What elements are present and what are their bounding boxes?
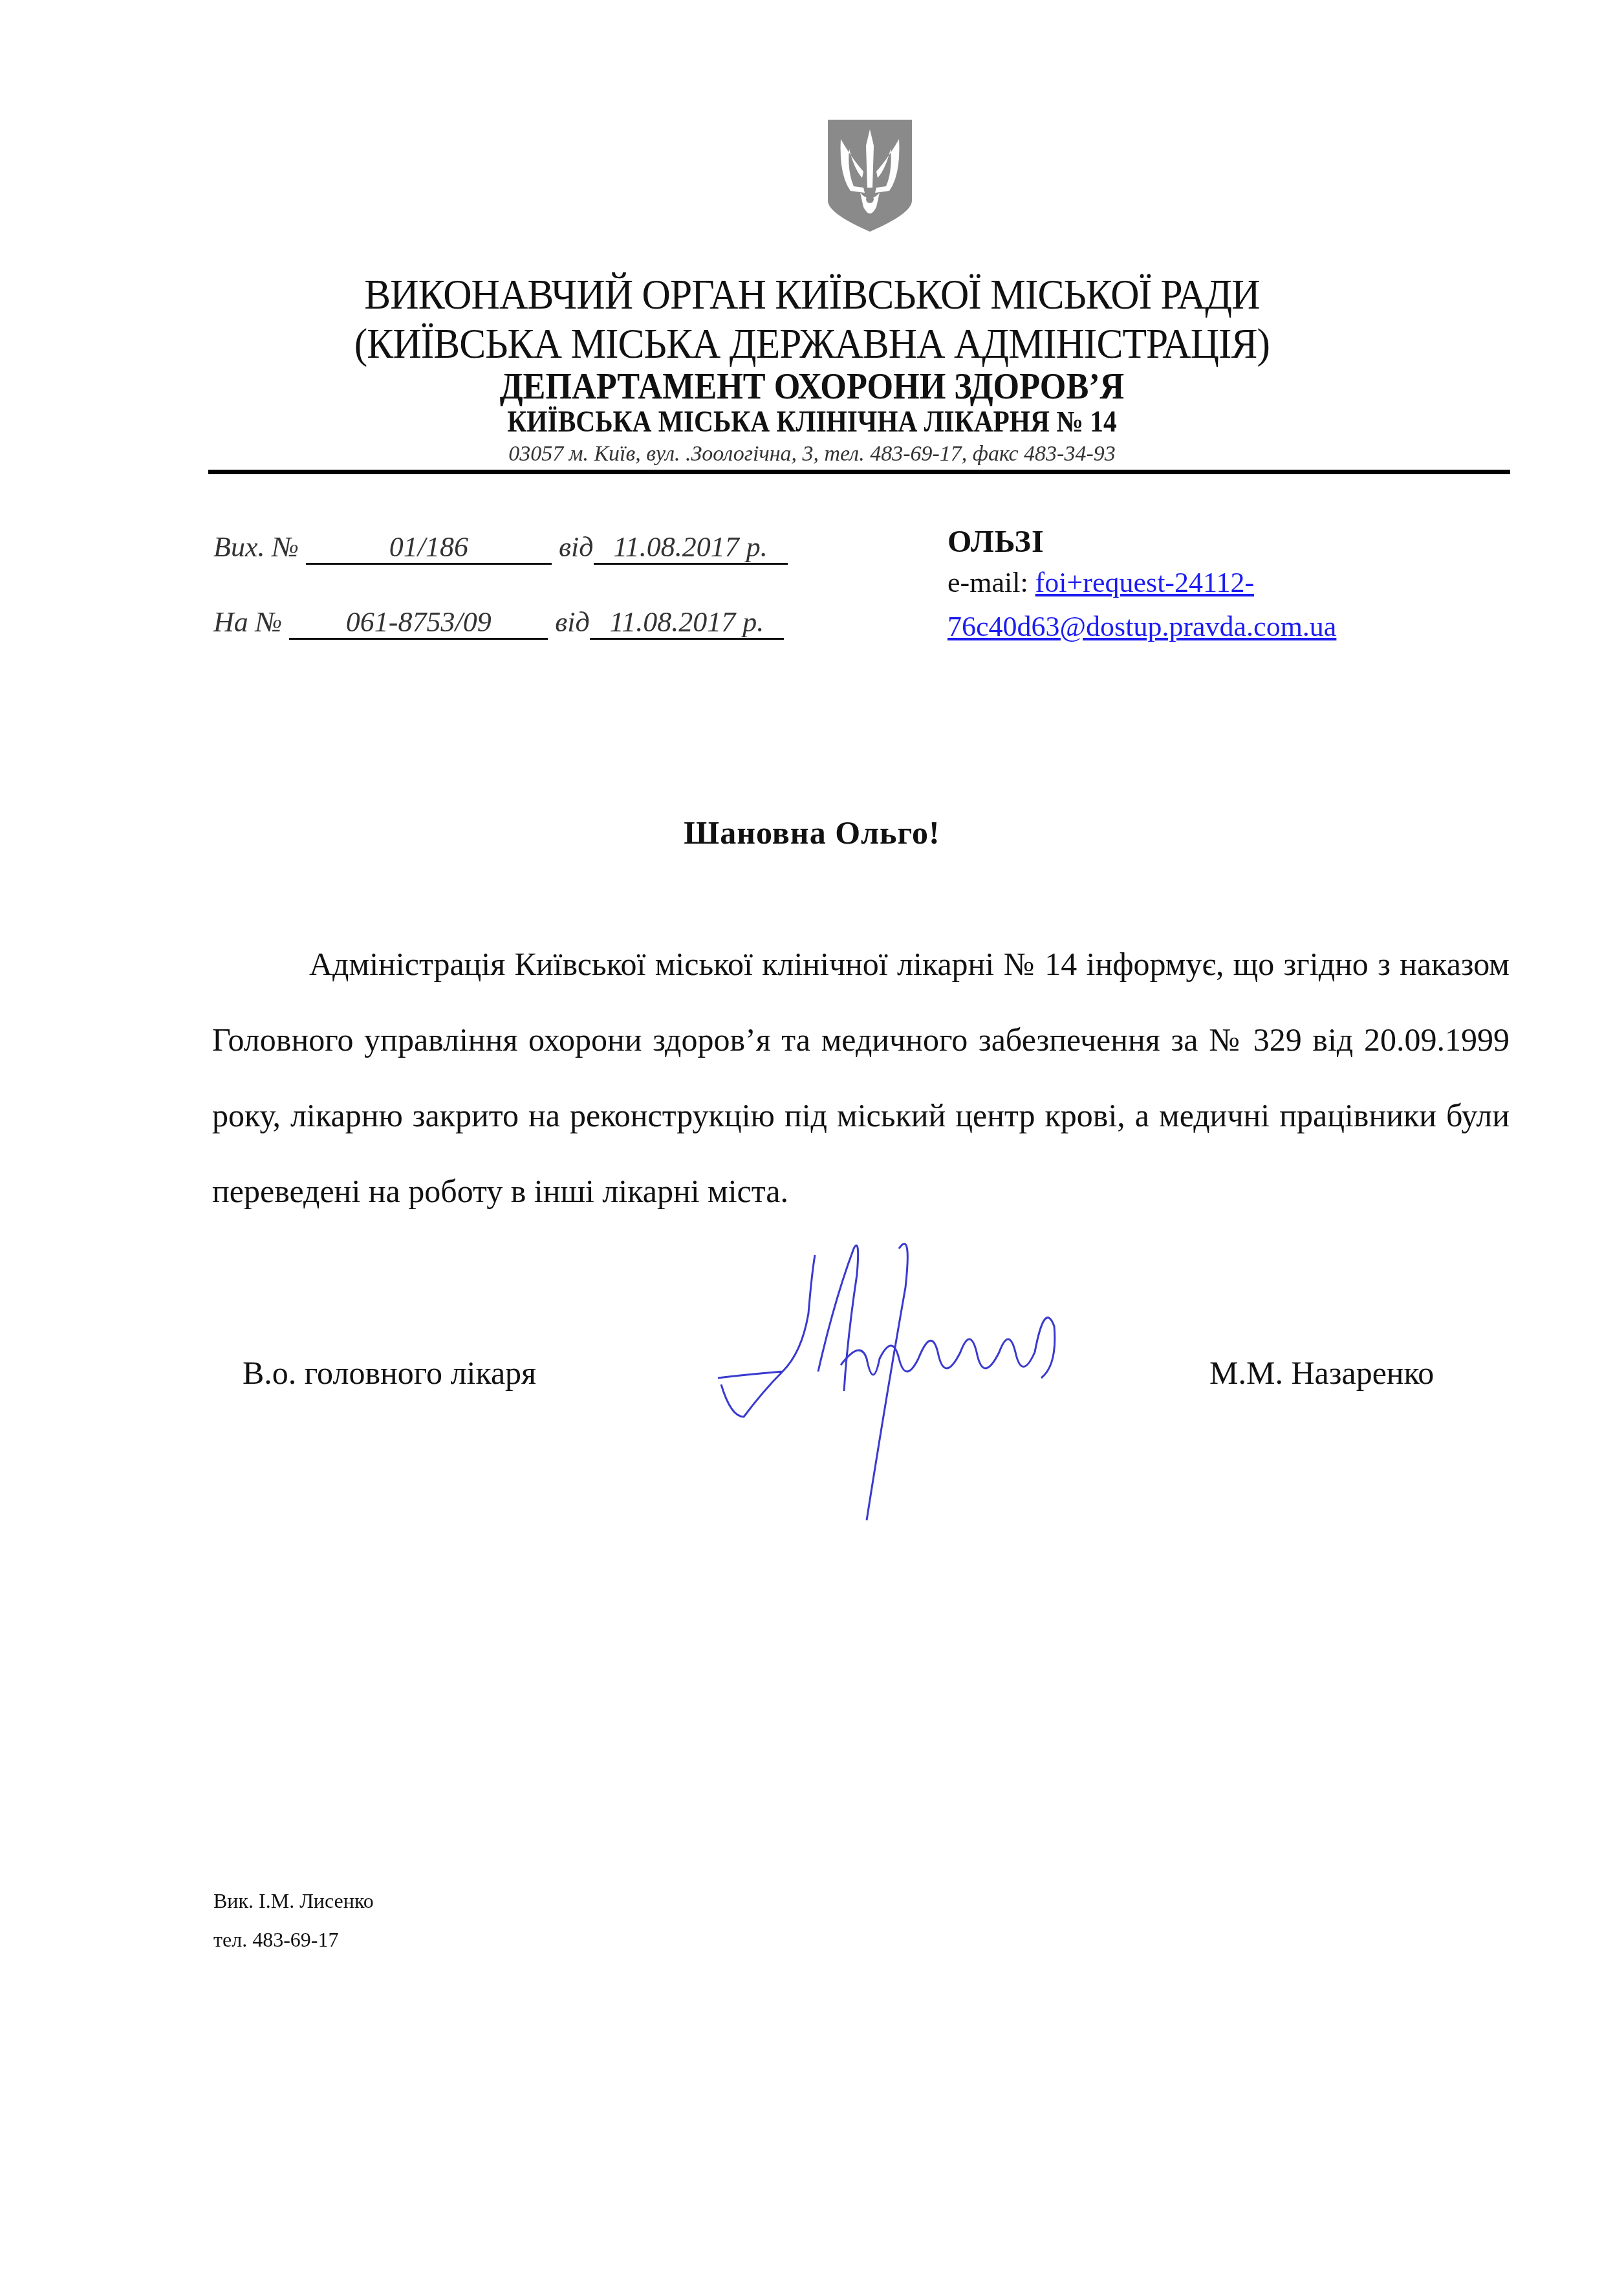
outgoing-number: 01/186 [306, 532, 552, 565]
signatory-title: В.о. головного лікаря [243, 1354, 536, 1392]
email-link-part1[interactable]: foi+request-24112- [1035, 567, 1254, 598]
incoming-number: 061-8753/09 [289, 607, 548, 640]
institution-name: КИЇВСЬКА МІСЬКА КЛІНІЧНА ЛІКАРНЯ № 14 [81, 404, 1543, 439]
incoming-reference: На № 061-8753/09 від11.08.2017 р. [213, 606, 784, 640]
coat-of-arms-icon [825, 116, 915, 233]
recipient-block: ОЛЬЗІ e-mail: foi+request-24112- 76c40d6… [947, 524, 1336, 648]
executor-block: Вик. І.М. Лисенко тел. 483-69-17 [213, 1881, 374, 1959]
incoming-date-label: від [555, 606, 590, 638]
outgoing-reference: Вих. № 01/186 від11.08.2017 р. [213, 530, 788, 565]
incoming-date: 11.08.2017 р. [590, 607, 784, 640]
signatory-name: М.М. Назаренко [1209, 1354, 1434, 1392]
incoming-label: На № [213, 606, 282, 638]
letterhead-line1: ВИКОНАВЧИЙ ОРГАН КИЇВСЬКОЇ МІСЬКОЇ РАДИ [57, 270, 1567, 320]
executor-phone: тел. 483-69-17 [213, 1920, 374, 1959]
letterhead-divider [208, 470, 1510, 474]
letterhead-line2: (КИЇВСЬКА МІСЬКА ДЕРЖАВНА АДМІНІСТРАЦІЯ) [57, 320, 1567, 369]
body-paragraph: Адміністрація Київської міської клінічно… [212, 926, 1510, 1229]
outgoing-date: 11.08.2017 р. [594, 532, 788, 565]
executor-name: Вик. І.М. Лисенко [213, 1881, 374, 1920]
handwritten-signature [705, 1236, 1184, 1533]
institution-address: 03057 м. Київ, вул. .Зоологічна, 3, тел.… [0, 442, 1624, 466]
email-label: e-mail: [947, 567, 1028, 598]
department-name: ДЕПАРТАМЕНТ ОХОРОНИ ЗДОРОВ’Я [81, 364, 1543, 408]
outgoing-date-label: від [559, 531, 594, 563]
recipient-name: ОЛЬЗІ [947, 524, 1336, 560]
greeting: Шановна Ольго! [0, 814, 1624, 851]
outgoing-label: Вих. № [213, 531, 299, 563]
email-link-part2[interactable]: 76c40d63@dostup.pravda.com.ua [947, 611, 1336, 642]
